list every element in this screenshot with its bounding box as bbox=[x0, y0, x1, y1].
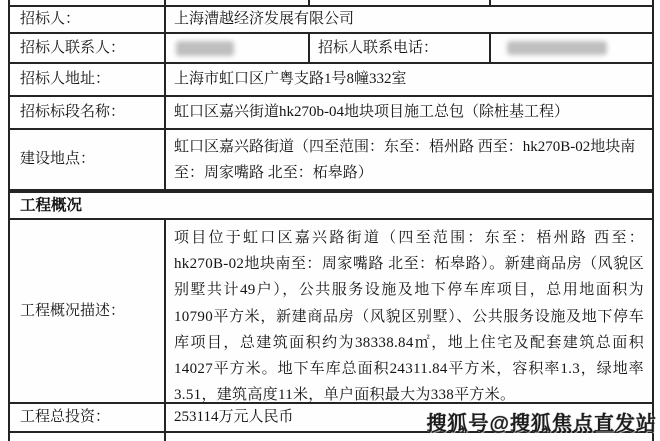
bidder-label: 招标人： bbox=[10, 7, 166, 32]
table-row-overview: 工程概况描述： 项目位于虹口区嘉兴路街道（四至范围：东至：梧州路 西至：hk27… bbox=[10, 220, 652, 404]
bidder-value: 上海漕越经济发展有限公司 bbox=[166, 7, 652, 32]
partial-cell bbox=[310, 0, 491, 5]
address-label: 招标人地址： bbox=[10, 64, 166, 95]
table-row-construction-site: 建设地点： 虹口区嘉兴路街道（四至范围：东至：梧州路 西至：hk270B-02地… bbox=[10, 130, 652, 193]
redacted-contact-name bbox=[176, 41, 234, 56]
tender-section-label: 招标标段名称： bbox=[10, 97, 166, 128]
contact-name-cell bbox=[166, 34, 310, 62]
contact-name-label: 招标人联系人： bbox=[10, 34, 166, 62]
partial-cell bbox=[166, 0, 310, 5]
table-row-contact: 招标人联系人： 招标人联系电话： bbox=[10, 34, 652, 64]
construction-site-value: 虹口区嘉兴路街道（四至范围：东至：梧州路 西至：hk270B-02地块南至：周家… bbox=[166, 130, 652, 189]
section-header-row: 工程概况 bbox=[10, 193, 652, 220]
contact-phone-cell bbox=[491, 34, 652, 62]
address-value: 上海市虹口区广粤支路1号8幢332室 bbox=[166, 64, 652, 95]
overview-label: 工程概况描述： bbox=[10, 220, 166, 402]
bid-info-table: 招标人： 上海漕越经济发展有限公司 招标人联系人： 招标人联系电话： 招标人地址… bbox=[8, 0, 654, 441]
partial-cell bbox=[10, 0, 166, 5]
table-row-tender-section: 招标标段名称： 虹口区嘉兴街道hk270b-04地块项目施工总包（除桩基工程） bbox=[10, 97, 652, 130]
table-row-bidder: 招标人： 上海漕越经济发展有限公司 bbox=[10, 7, 652, 34]
overview-text: 项目位于虹口区嘉兴路街道（四至范围：东至：梧州路 西至：hk270B-02地块南… bbox=[166, 220, 652, 402]
partial-cell bbox=[491, 0, 652, 5]
partial-cell bbox=[10, 433, 166, 441]
section-header-title: 工程概况 bbox=[10, 193, 652, 218]
table-row-address: 招标人地址： 上海市虹口区广粤支路1号8幢332室 bbox=[10, 64, 652, 97]
sohu-watermark: 搜狐号@搜狐焦点直发站 bbox=[426, 407, 657, 436]
scanned-bid-document: 招标人： 上海漕越经济发展有限公司 招标人联系人： 招标人联系电话： 招标人地址… bbox=[0, 0, 660, 441]
contact-phone-label: 招标人联系电话： bbox=[310, 34, 491, 62]
redacted-contact-phone bbox=[507, 41, 607, 55]
construction-site-label: 建设地点： bbox=[10, 130, 166, 189]
investment-label: 工程总投资： bbox=[10, 404, 166, 431]
table-row-partial-top bbox=[10, 0, 652, 7]
tender-section-value: 虹口区嘉兴街道hk270b-04地块项目施工总包（除桩基工程） bbox=[166, 97, 652, 128]
